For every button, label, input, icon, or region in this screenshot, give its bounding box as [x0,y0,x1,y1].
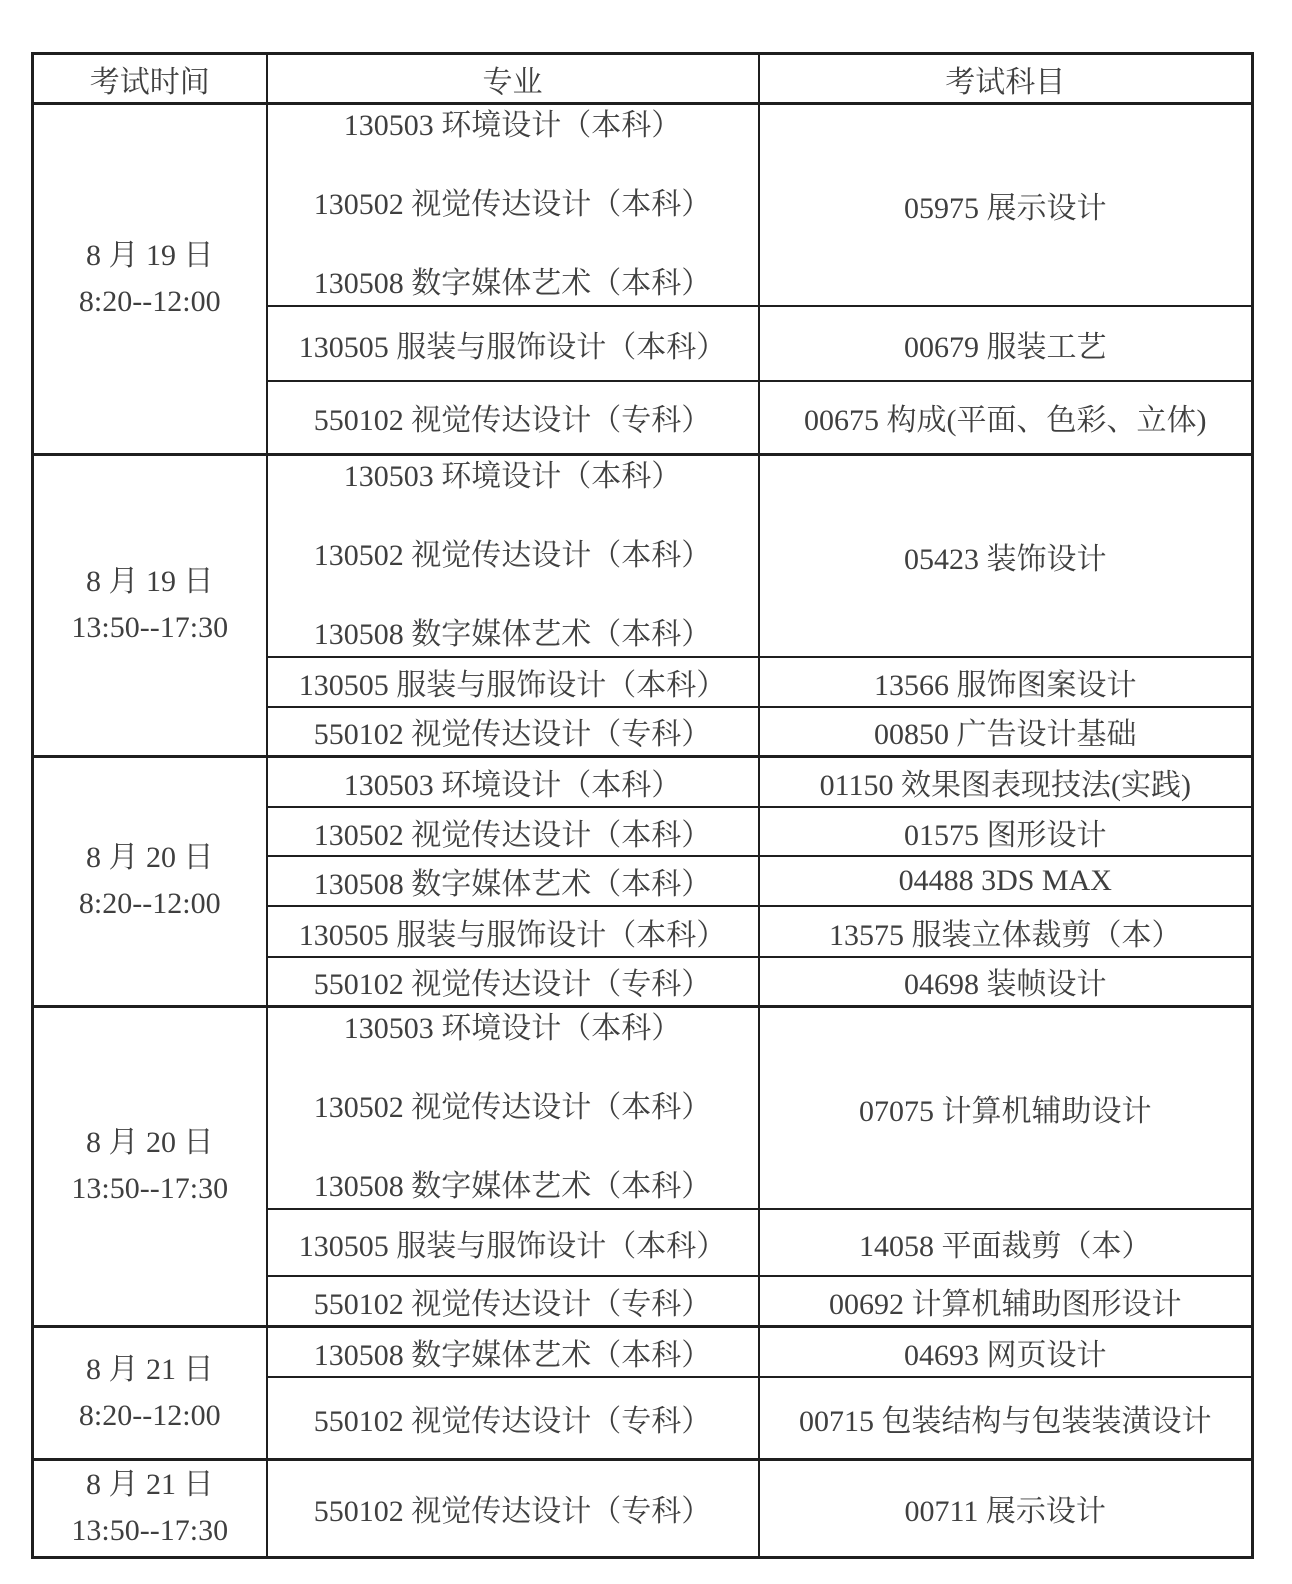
major-cell: 130505 服装与服饰设计（本科） [267,906,759,957]
subject-cell: 01150 效果图表现技法(实践) [759,756,1253,807]
major-cell: 550102 视觉传达设计（专科） [267,957,759,1006]
major-cell: 550102 视觉传达设计（专科） [267,707,759,756]
major-item: 130503 环境设计（本科） [344,109,682,143]
header-major: 专业 [267,54,759,104]
major-cell: 550102 视觉传达设计（专科） [267,1459,759,1557]
table-row: 8 月 20 日 13:50--17:30 130503 环境设计（本科） 13… [33,1006,1253,1209]
exam-schedule-table: 考试时间 专业 考试科目 8 月 19 日 8:20--12:00 130503… [31,52,1254,1559]
major-cell: 550102 视觉传达设计（专科） [267,1276,759,1326]
major-item: 130508 数字媒体艺术（本科） [314,267,712,301]
major-item: 130502 视觉传达设计（本科） [314,1091,712,1125]
exam-date: 8 月 20 日 [34,1120,266,1166]
major-cell: 130505 服装与服饰设计（本科） [267,657,759,707]
subject-cell: 07075 计算机辅助设计 [759,1006,1253,1209]
time-cell: 8 月 20 日 8:20--12:00 [33,756,267,1006]
subject-cell: 05975 展示设计 [759,104,1253,307]
subject-cell: 00715 包装结构与包装装潢设计 [759,1377,1253,1459]
time-cell: 8 月 21 日 8:20--12:00 [33,1326,267,1459]
header-row: 考试时间 专业 考试科目 [33,54,1253,104]
major-cell: 130503 环境设计（本科） 130502 视觉传达设计（本科） 130508… [267,1006,759,1209]
exam-time-range: 8:20--12:00 [34,881,266,927]
subject-cell: 01575 图形设计 [759,807,1253,856]
major-cell: 130502 视觉传达设计（本科） [267,807,759,856]
subject-cell: 04693 网页设计 [759,1326,1253,1377]
major-cell: 550102 视觉传达设计（专科） [267,1377,759,1459]
time-cell: 8 月 19 日 8:20--12:00 [33,104,267,455]
table-row: 8 月 20 日 8:20--12:00 130503 环境设计（本科） 011… [33,756,1253,807]
subject-cell: 00711 展示设计 [759,1459,1253,1557]
major-cell: 130503 环境设计（本科） 130502 视觉传达设计（本科） 130508… [267,104,759,307]
subject-cell: 14058 平面裁剪（本） [759,1209,1253,1276]
major-cell: 130508 数字媒体艺术（本科） [267,1326,759,1377]
exam-time-range: 8:20--12:00 [34,279,266,325]
table-row: 8 月 19 日 13:50--17:30 130503 环境设计（本科） 13… [33,454,1253,657]
exam-time-range: 13:50--17:30 [34,605,266,651]
exam-time-range: 13:50--17:30 [34,1508,266,1554]
major-cell: 130505 服装与服饰设计（本科） [267,1209,759,1276]
major-item: 130503 环境设计（本科） [344,460,682,494]
major-item: 130503 环境设计（本科） [344,1012,682,1046]
subject-cell: 13575 服装立体裁剪（本） [759,906,1253,957]
header-exam-time: 考试时间 [33,54,267,104]
subject-cell: 00679 服装工艺 [759,306,1253,381]
header-subject: 考试科目 [759,54,1253,104]
exam-date: 8 月 19 日 [34,233,266,279]
major-item: 130502 视觉传达设计（本科） [314,539,712,573]
subject-cell: 13566 服饰图案设计 [759,657,1253,707]
exam-date: 8 月 21 日 [34,1347,266,1393]
major-cell: 130503 环境设计（本科） 130502 视觉传达设计（本科） 130508… [267,454,759,657]
subject-cell: 00850 广告设计基础 [759,707,1253,756]
subject-cell: 05423 装饰设计 [759,454,1253,657]
exam-date: 8 月 19 日 [34,559,266,605]
time-cell: 8 月 19 日 13:50--17:30 [33,454,267,756]
major-item: 130502 视觉传达设计（本科） [314,188,712,222]
table-row: 8 月 19 日 8:20--12:00 130503 环境设计（本科） 130… [33,104,1253,307]
subject-cell: 00692 计算机辅助图形设计 [759,1276,1253,1326]
exam-time-range: 13:50--17:30 [34,1166,266,1212]
table-row: 8 月 21 日 13:50--17:30 550102 视觉传达设计（专科） … [33,1459,1253,1557]
time-cell: 8 月 20 日 13:50--17:30 [33,1006,267,1326]
major-item: 130508 数字媒体艺术（本科） [314,618,712,652]
major-cell: 130505 服装与服饰设计（本科） [267,306,759,381]
exam-time-range: 8:20--12:00 [34,1393,266,1439]
major-item: 130508 数字媒体艺术（本科） [314,1170,712,1204]
exam-date: 8 月 20 日 [34,835,266,881]
subject-cell: 04488 3DS MAX [759,856,1253,906]
subject-cell: 04698 装帧设计 [759,957,1253,1006]
subject-cell: 00675 构成(平面、色彩、立体) [759,381,1253,454]
major-cell: 130503 环境设计（本科） [267,756,759,807]
document-page: 考试时间 专业 考试科目 8 月 19 日 8:20--12:00 130503… [0,0,1292,1584]
major-cell: 130508 数字媒体艺术（本科） [267,856,759,906]
time-cell: 8 月 21 日 13:50--17:30 [33,1459,267,1557]
major-cell: 550102 视觉传达设计（专科） [267,381,759,454]
table-row: 8 月 21 日 8:20--12:00 130508 数字媒体艺术（本科） 0… [33,1326,1253,1377]
exam-date: 8 月 21 日 [34,1462,266,1508]
